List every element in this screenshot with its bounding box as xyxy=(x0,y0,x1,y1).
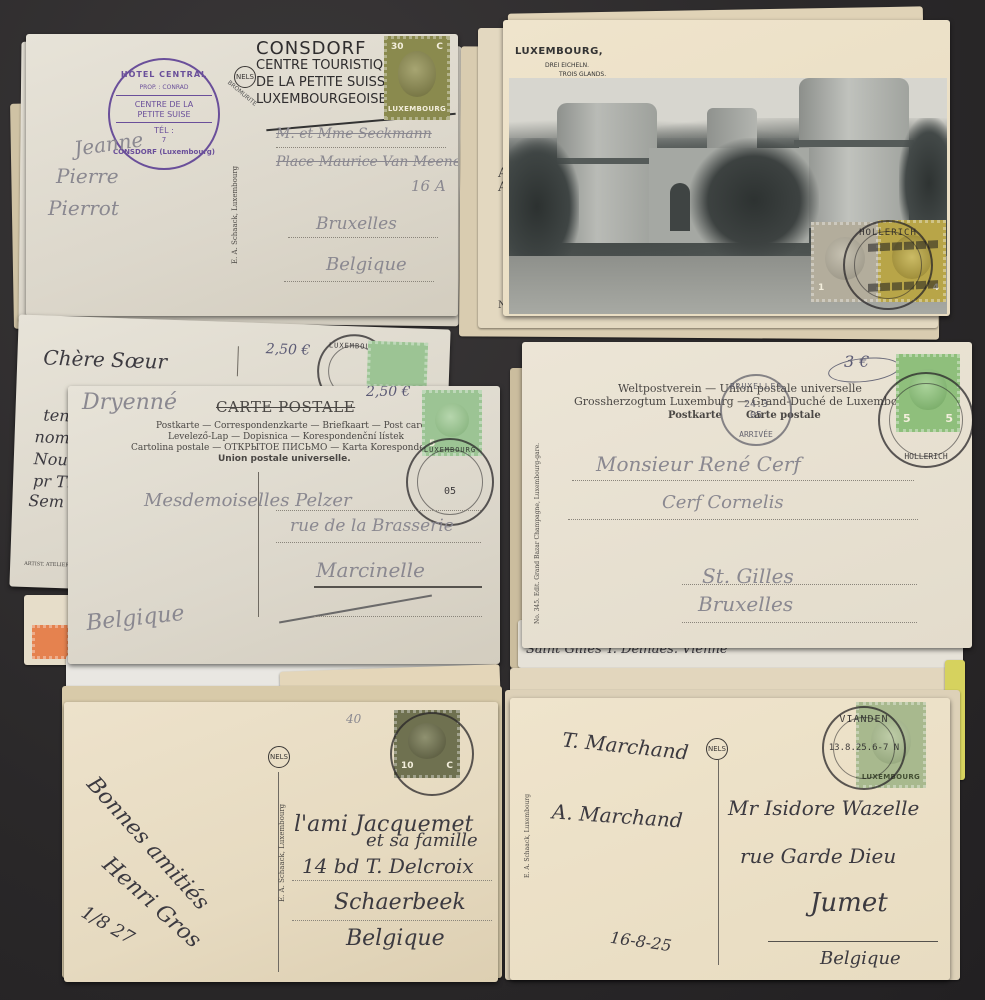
cachet-proprietor: PROP. : CONRAD xyxy=(110,84,218,91)
cachet-centre: CENTRE DE LA xyxy=(110,100,218,109)
cachet-petite-suisse: PETITE SUISE xyxy=(110,110,218,119)
address-line: M. et Mme Seckmann xyxy=(276,126,432,142)
cachet-hotel-name: HÔTEL CENTRAL xyxy=(110,70,218,79)
header-postkarte: Postkarte xyxy=(668,410,722,421)
price-note: 40 xyxy=(346,712,361,726)
caption-german: DREI EICHELN. xyxy=(545,62,589,69)
postage-stamp-orange xyxy=(32,625,70,659)
message-line: nom xyxy=(34,427,70,447)
arrival-postmark: BRUXELLES 24.3 05 ARRIVÉE xyxy=(720,374,792,446)
postcard-bottom-right[interactable]: NELS E. A. Schaack, Luxembourg LUXEMBOUR… xyxy=(510,698,950,980)
address-line: Belgique xyxy=(820,948,901,969)
address-line: Bruxelles xyxy=(698,592,793,616)
address-line: Belgique xyxy=(326,254,407,275)
address-line: Jumet xyxy=(810,888,888,918)
address-line: Place Maurice Van Meenen xyxy=(276,154,458,170)
message-line: Nou xyxy=(34,449,69,469)
address-line: Monsieur René Cerf xyxy=(596,452,801,476)
address-line: Cerf Cornelis xyxy=(662,492,784,513)
publisher-imprint: E. A. Schaack, Luxembourg xyxy=(524,794,531,878)
address-line: Mr Isidore Wazelle xyxy=(728,796,919,820)
postmark: LUXEMBOURG 05 xyxy=(406,438,494,526)
address-line: Belgique xyxy=(346,926,445,951)
address-line: rue Garde Dieu xyxy=(740,844,896,868)
postcard-top-left[interactable]: HÔTEL CENTRAL PROP. : CONRAD CENTRE DE L… xyxy=(26,34,458,316)
languages-line: Levelező-Lap — Dopisnica — Korespondenčn… xyxy=(168,432,404,442)
postmark: HOLLERICH xyxy=(878,372,972,468)
postmark: VIANDEN 13.8.25.6-7 N xyxy=(822,706,906,790)
country-note: Belgique xyxy=(85,601,186,636)
corner-pencil-note: Dryenné xyxy=(82,390,177,415)
address-line: 14 bd T. Delcroix xyxy=(302,854,474,878)
address-line: Schaerbeek xyxy=(334,890,466,915)
address-line: Bruxelles xyxy=(316,214,397,234)
postage-stamp xyxy=(367,341,429,389)
carte-postale-title: CARTE POSTALE xyxy=(216,398,355,416)
union-postale-line: Union postale universelle. xyxy=(218,454,351,464)
caption-title: LUXEMBOURG, xyxy=(515,46,603,57)
price-note: 2,50 € xyxy=(266,341,311,359)
postcard-middle-right[interactable]: 3 € Weltpostverein — Union postale unive… xyxy=(522,342,972,648)
address-line: et sa famille xyxy=(366,830,478,851)
message-line: Chère Sœur xyxy=(43,345,167,373)
address-line: 16 A xyxy=(411,177,446,195)
date-note: 16-8-25 xyxy=(609,928,673,955)
publisher-imprint: No. 345. Edit. Grand Bazar Champagne, Lu… xyxy=(534,443,541,624)
nels-logo-icon: NELS xyxy=(706,738,728,760)
address-line: Mesdemoiselles Pelzer xyxy=(144,490,352,511)
price-note: 2,50 € xyxy=(366,386,411,400)
caption-french: TROIS GLANDS. xyxy=(559,71,606,78)
address-line: rue de la Brasserie xyxy=(290,516,454,536)
postcard-top-right[interactable]: LUXEMBOURG, DREI EICHELN. TROIS GLANDS. … xyxy=(503,20,950,316)
publisher-imprint: E. A. Schaack, Luxembourg xyxy=(278,804,286,902)
postcard-middle-left-front[interactable]: Dryenné 2,50 € CARTE POSTALE Postkarte —… xyxy=(68,386,500,664)
address-line: Marcinelle xyxy=(316,558,425,582)
message-line: Sem xyxy=(28,491,64,511)
message-line: 1/8 27 xyxy=(78,902,138,949)
handwritten-name: Pierre xyxy=(56,164,119,188)
message-line: T. Marchand xyxy=(561,727,690,764)
postmark xyxy=(390,712,474,796)
postcard-bottom-left[interactable]: 40 NELS 10 C E. A. Schaack, Luxembourg B… xyxy=(64,702,498,982)
nels-logo-icon: NELS xyxy=(268,746,290,768)
languages-line: Postkarte — Correspondenzkarte — Briefka… xyxy=(156,421,426,431)
message-line: A. Marchand xyxy=(551,799,683,832)
postage-stamp: 30 C LUXEMBOURG xyxy=(384,36,450,120)
handwritten-name: Pierrot xyxy=(48,196,119,220)
postmark: HOLLERICH xyxy=(843,220,933,310)
publisher-imprint: E. A. Schaack, Luxembourg xyxy=(231,166,239,264)
slogan-cancel: CONSDORF CENTRE TOURISTIQUE DE LA PETITE… xyxy=(256,40,401,108)
languages-line: Cartolina postale — ОТКРЫТОЕ ПИСЬМО — Ka… xyxy=(131,443,454,453)
